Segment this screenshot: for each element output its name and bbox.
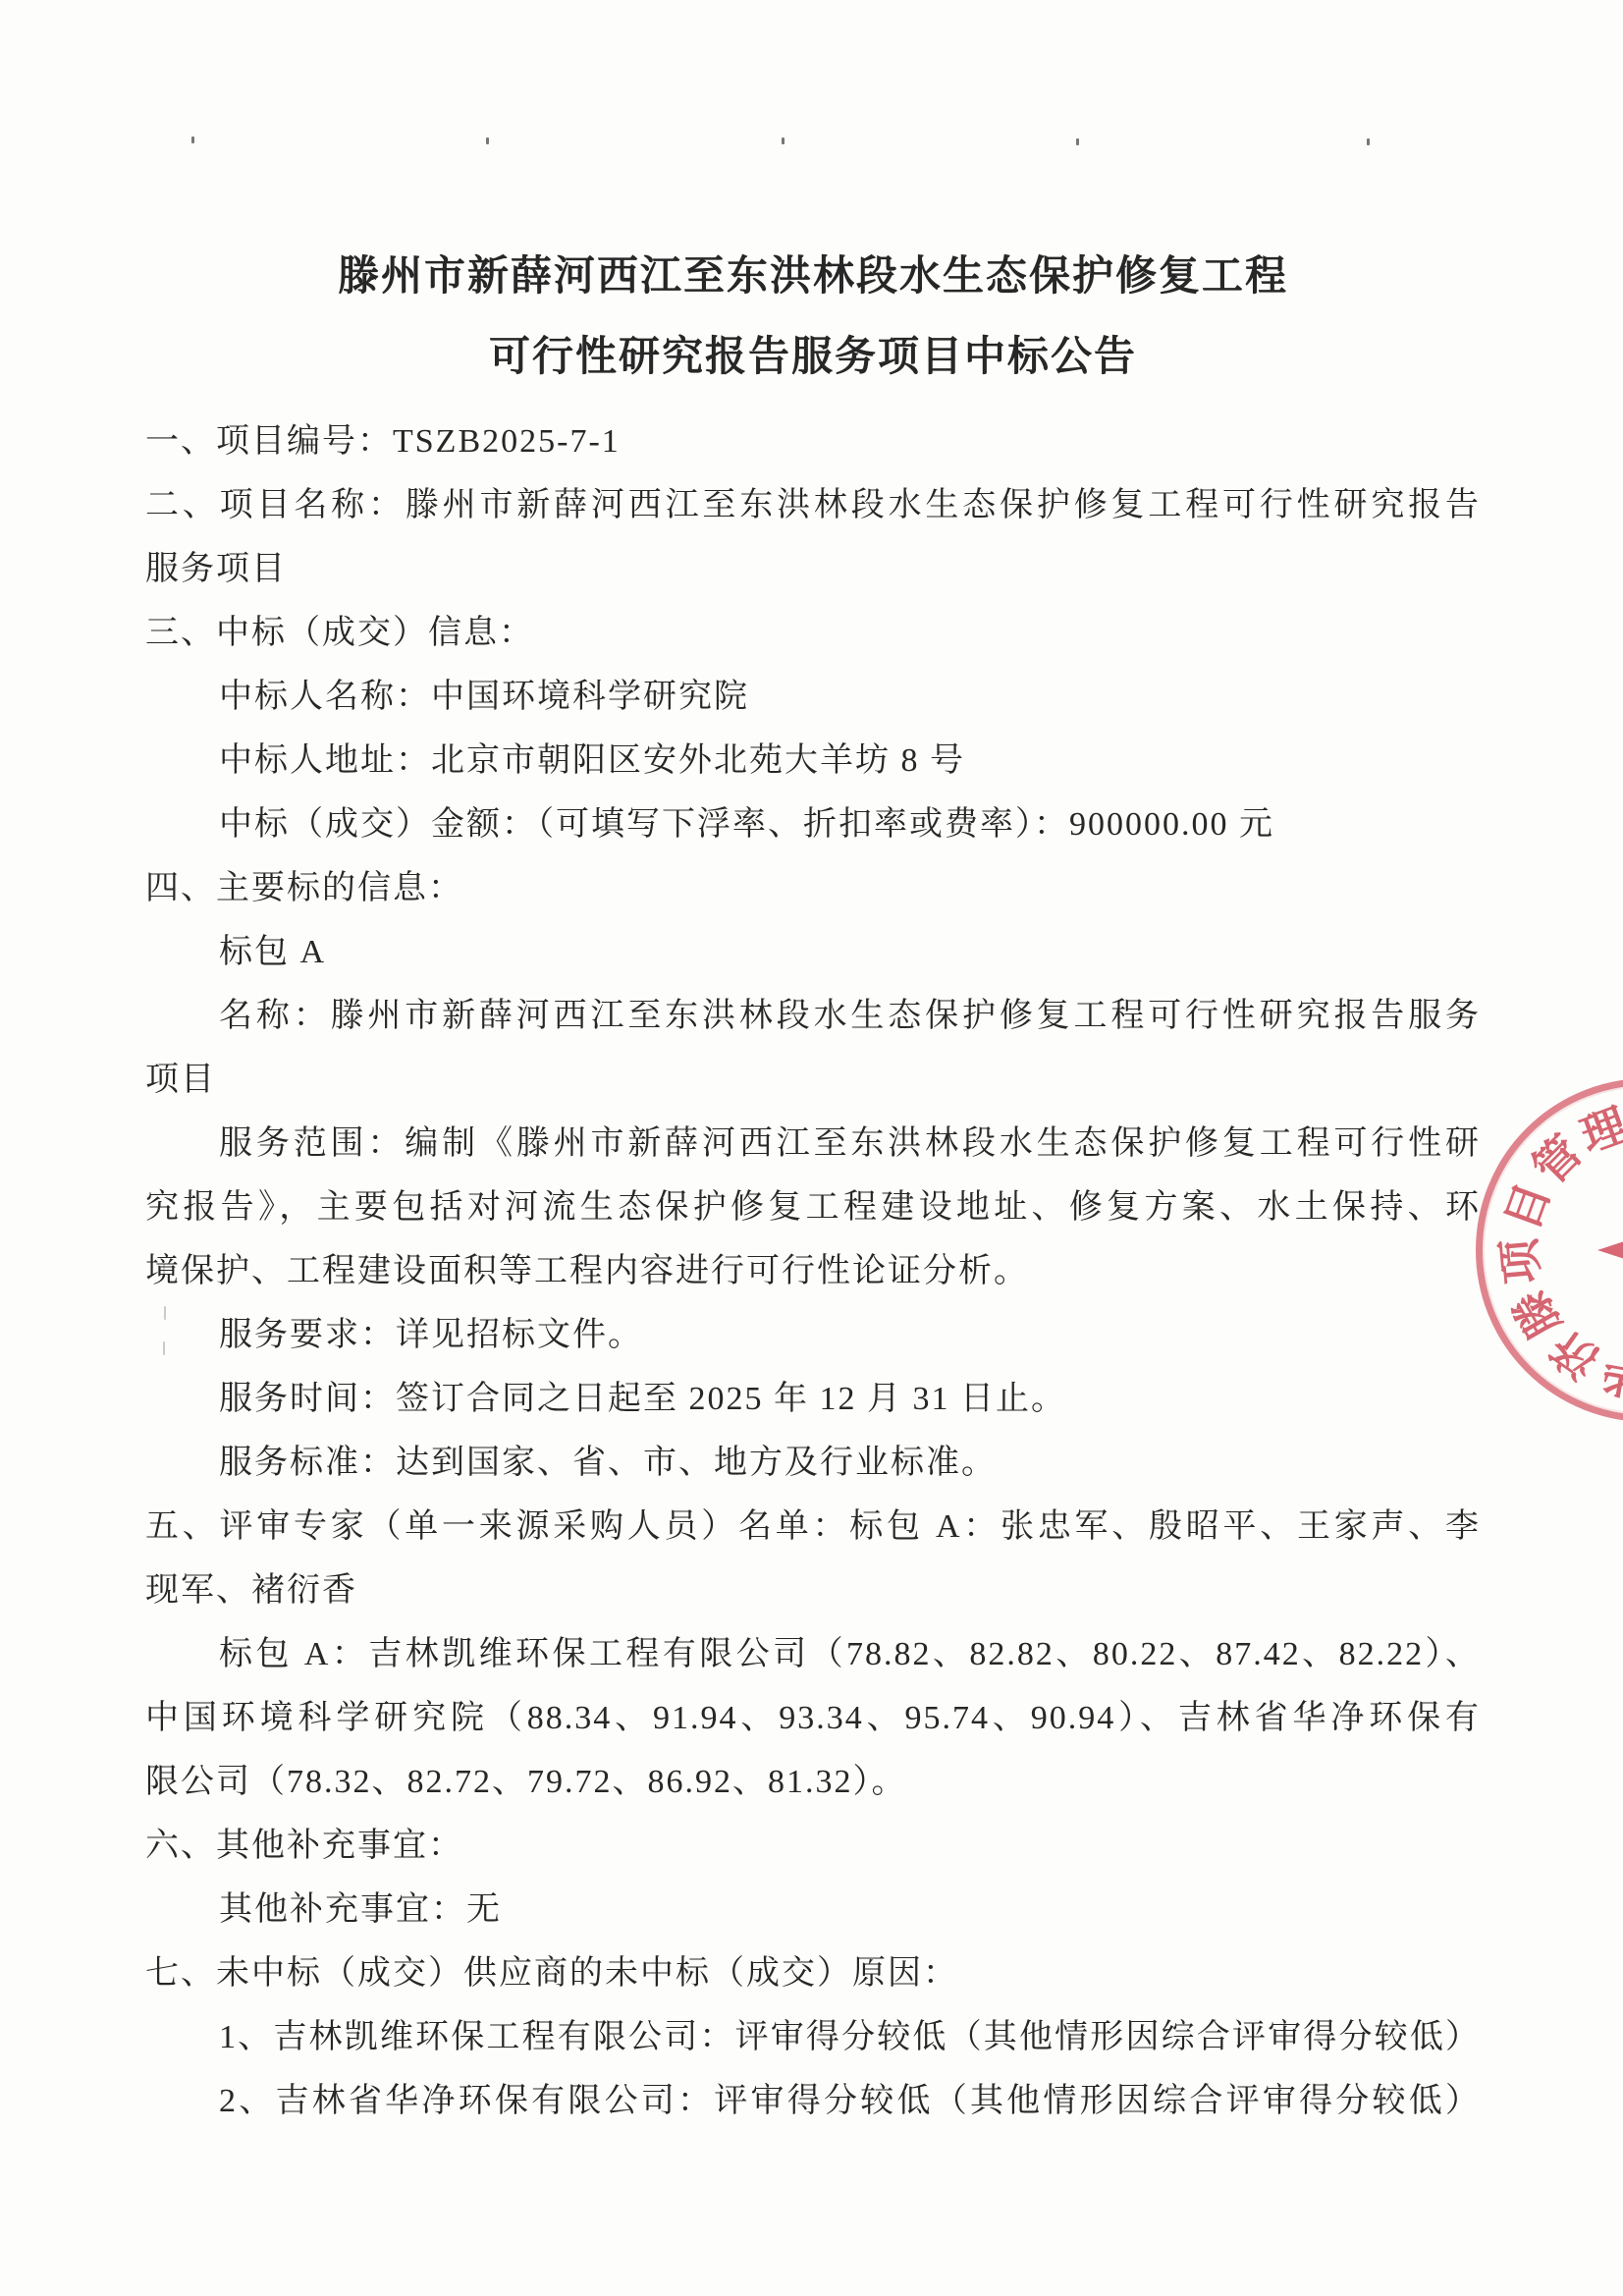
document-line: 服务项目 — [145, 537, 1481, 601]
star-icon: ★ — [1584, 1193, 1623, 1308]
scanned-document-page: 滕州市新薛河西江至东洪林段水生态保护修复工程 可行性研究报告服务项目中标公告 一… — [0, 0, 1623, 2296]
document-line: 现军、褚衍香 — [145, 1558, 1481, 1622]
document-line: 标包 A：吉林凯维环保工程有限公司（78.82、82.82、80.22、87.4… — [145, 1622, 1481, 1686]
document-body: 一、项目编号：TSZB2025-7-1二、项目名称：滕州市新薛河西江至东洪林段水… — [145, 410, 1481, 2133]
document-line: 名称：滕州市新薛河西江至东洪林段水生态保护修复工程可行性研究报告服务 — [145, 984, 1481, 1048]
scan-speck — [782, 137, 784, 144]
document-line: 服务时间：签订合同之日起至 2025 年 12 月 31 日止。 — [145, 1367, 1481, 1431]
document-line: 服务范围：编制《滕州市新薛河西江至东洪林段水生态保护修复工程可行性研 — [145, 1112, 1481, 1175]
document-line: 2、吉林省华净环保有限公司：评审得分较低（其他情形因综合评审得分较低） — [145, 2069, 1481, 2133]
red-seal-stamp: ★ 理管目项滕济华 — [1476, 1078, 1623, 1422]
document-line: 中标人名称：中国环境科学研究院 — [145, 665, 1481, 729]
document-line: 标包 A — [145, 920, 1481, 984]
document-line: 四、主要标的信息： — [145, 856, 1481, 920]
stamp-arc-char: 项 — [1484, 1236, 1552, 1287]
scan-speck — [486, 137, 489, 144]
scan-speck — [1367, 138, 1370, 145]
scan-speck — [1076, 138, 1079, 145]
document-line: 二、项目名称：滕州市新薛河西江至东洪林段水生态保护修复工程可行性研究报告 — [145, 473, 1481, 537]
document-line: 七、未中标（成交）供应商的未中标（成交）原因： — [145, 1941, 1481, 2005]
document-line: 一、项目编号：TSZB2025-7-1 — [145, 410, 1481, 473]
document-line: 六、其他补充事宜： — [145, 1814, 1481, 1878]
document-title-line2: 可行性研究报告服务项目中标公告 — [145, 334, 1481, 381]
document-title-line1: 滕州市新薛河西江至东洪林段水生态保护修复工程 — [145, 253, 1481, 301]
document-line: 五、评审专家（单一来源采购人员）名单：标包 A：张忠军、殷昭平、王家声、李 — [145, 1495, 1481, 1558]
document-title: 滕州市新薛河西江至东洪林段水生态保护修复工程 可行性研究报告服务项目中标公告 — [145, 253, 1481, 381]
document-line: 中国环境科学研究院（88.34、91.94、93.34、95.74、90.94）… — [145, 1686, 1481, 1750]
document-line: 服务要求：详见招标文件。 — [145, 1303, 1481, 1367]
document-line: 服务标准：达到国家、省、市、地方及行业标准。 — [145, 1431, 1481, 1495]
document-line: 其他补充事宜：无 — [145, 1878, 1481, 1941]
document-line: 限公司（78.32、82.72、79.72、86.92、81.32）。 — [145, 1750, 1481, 1814]
document-line: 项目 — [145, 1048, 1481, 1112]
document-line: 三、中标（成交）信息： — [145, 601, 1481, 665]
document-line: 中标人地址：北京市朝阳区安外北苑大羊坊 8 号 — [145, 729, 1481, 793]
document-line: 1、吉林凯维环保工程有限公司：评审得分较低（其他情形因综合评审得分较低） — [145, 2005, 1481, 2069]
document-line: 究报告》，主要包括对河流生态保护修复工程建设地址、修复方案、水土保持、环 — [145, 1175, 1481, 1239]
document-line: 境保护、工程建设面积等工程内容进行可行性论证分析。 — [145, 1239, 1481, 1303]
scan-speck — [191, 137, 194, 143]
document-line: 中标（成交）金额：（可填写下浮率、折扣率或费率）：900000.00 元 — [145, 793, 1481, 856]
